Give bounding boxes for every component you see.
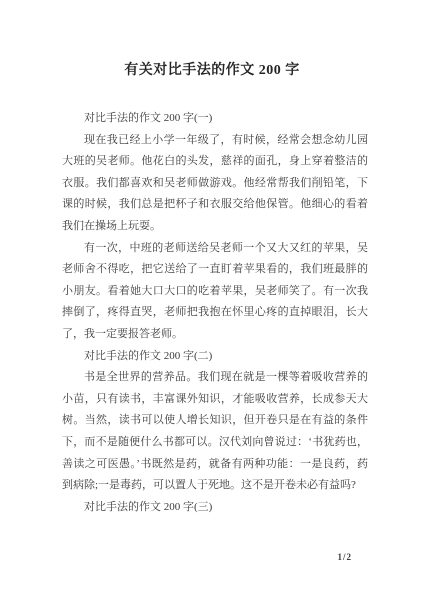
section-1-heading: 对比手法的作文 200 字(一) (62, 108, 368, 130)
section-1-paragraph-2: 有一次，中班的老师送给吴老师一个又大又红的苹果，吴老师舍不得吃，把它送给了一直盯… (62, 238, 368, 346)
section-2-heading: 对比手法的作文 200 字(二) (62, 346, 368, 368)
section-2-paragraph-1: 书是全世界的营养品。我们现在就是一棵等着吸收营养的小苗，只有读书，丰富课外知识，… (62, 367, 368, 497)
document-title: 有关对比手法的作文 200 字 (30, 62, 394, 80)
section-1: 对比手法的作文 200 字(一) 现在我已经上小学一年级了，有时候，经常会想念幼… (62, 108, 368, 346)
page-number: 1/2 (337, 552, 352, 562)
section-3-heading: 对比手法的作文 200 字(三) (62, 497, 368, 519)
section-2: 对比手法的作文 200 字(二) 书是全世界的营养品。我们现在就是一棵等着吸收营… (62, 346, 368, 497)
section-3: 对比手法的作文 200 字(三) (62, 497, 368, 519)
document-body: 对比手法的作文 200 字(一) 现在我已经上小学一年级了，有时候，经常会想念幼… (62, 108, 368, 518)
document-page: 有关对比手法的作文 200 字 对比手法的作文 200 字(一) 现在我已经上小… (0, 0, 424, 600)
section-1-paragraph-1: 现在我已经上小学一年级了，有时候，经常会想念幼儿园大班的吴老师。他花白的头发，慈… (62, 130, 368, 238)
